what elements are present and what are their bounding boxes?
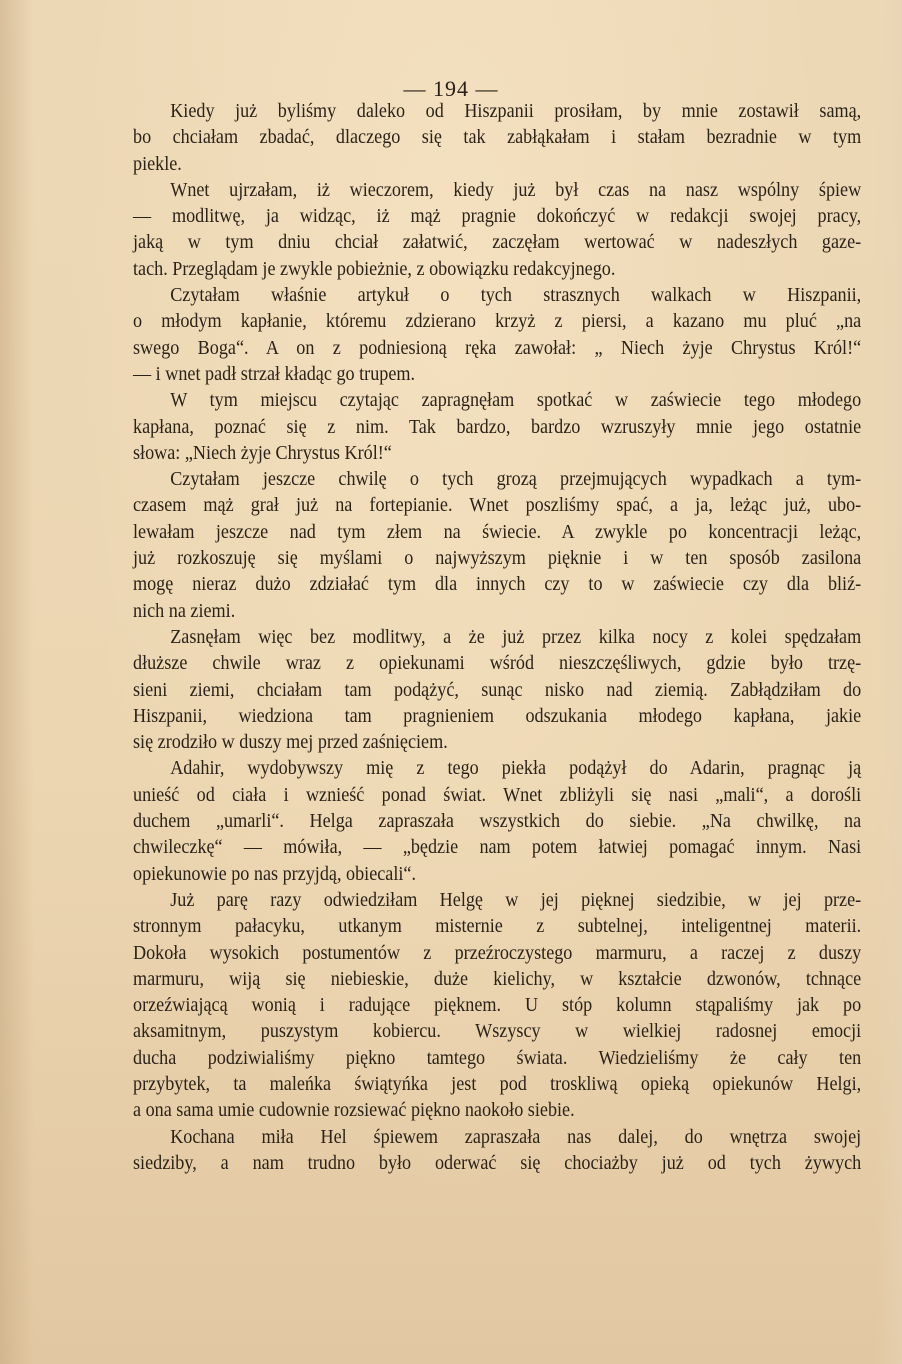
paragraph: Czytałam właśnie artykuł o tych straszny… xyxy=(133,283,861,388)
paragraph: Kiedy już byliśmy daleko od Hiszpanii pr… xyxy=(133,99,861,178)
text-line: piekle. xyxy=(133,152,861,178)
text-line: — i wnet padł strzał kładąc go trupem. xyxy=(133,362,861,388)
text-line: Dokoła wysokich postumentów z przeźroczy… xyxy=(133,941,861,967)
text-line: W tym miejscu czytając zapragnęłam spotk… xyxy=(133,388,861,414)
paragraph-list: Kiedy już byliśmy daleko od Hiszpanii pr… xyxy=(133,99,861,1177)
text-line: już rozkoszuję się myślami o najwyższym … xyxy=(133,546,861,572)
text-line: słowa: „Niech żyje Chrystus Król!“ xyxy=(133,441,861,467)
text-line: o młodym kapłanie, któremu zdzierano krz… xyxy=(133,309,861,335)
text-line: orzeźwiającą wonią i radujące pięknem. U… xyxy=(133,993,861,1019)
text-line: Adahir, wydobywszy mię z tego piekła pod… xyxy=(133,756,861,782)
text-line: Już parę razy odwiedziłam Helgę w jej pi… xyxy=(133,888,861,914)
paragraph: Wnet ujrzałam, iż wieczorem, kiedy już b… xyxy=(133,178,861,283)
text-line: unieść od ciała i wznieść ponad świat. W… xyxy=(133,783,861,809)
text-line: mogę nieraz dużo zdziałać tym dla innych… xyxy=(133,572,861,598)
text-line: jaką w tym dniu chciał załatwić, zaczęła… xyxy=(133,230,861,256)
text-line: swego Boga“. A on z podniesioną ręka zaw… xyxy=(133,336,861,362)
text-line: opiekunowie po nas przyjdą, obiecali“. xyxy=(133,862,861,888)
text-line: czasem mąż grał już na fortepianie. Wnet… xyxy=(133,493,861,519)
paragraph: Już parę razy odwiedziłam Helgę w jej pi… xyxy=(133,888,861,1125)
text-line: chwileczkę“ — mówiła, — „będzie nam pote… xyxy=(133,835,861,861)
text-line: Wnet ujrzałam, iż wieczorem, kiedy już b… xyxy=(133,178,861,204)
text-line: sieni ziemi, chciałam tam podążyć, sunąc… xyxy=(133,678,861,704)
body-text: Kiedy już byliśmy daleko od Hiszpanii pr… xyxy=(133,99,861,1177)
text-line: marmuru, wiją się niebieskie, duże kieli… xyxy=(133,967,861,993)
text-line: a ona sama umie cudownie rozsiewać piękn… xyxy=(133,1098,861,1124)
paragraph: W tym miejscu czytając zapragnęłam spotk… xyxy=(133,388,861,467)
text-line: lewałam jeszcze nad tym złem na świecie.… xyxy=(133,520,861,546)
book-page: — 194 — Kiedy już byliśmy daleko od Hisz… xyxy=(0,0,902,1364)
text-line: stronnym pałacyku, utkanym misternie z s… xyxy=(133,914,861,940)
text-line: kapłana, poznać się z nim. Tak bardzo, b… xyxy=(133,415,861,441)
paragraph: Adahir, wydobywszy mię z tego piekła pod… xyxy=(133,756,861,887)
text-line: Zasnęłam więc bez modlitwy, a że już prz… xyxy=(133,625,861,651)
paragraph: Zasnęłam więc bez modlitwy, a że już prz… xyxy=(133,625,861,756)
text-line: dłuższe chwile wraz z opiekunami wśród n… xyxy=(133,651,861,677)
text-line: aksamitnym, puszystym kobiercu. Wszyscy … xyxy=(133,1019,861,1045)
text-line: bo chciałam zbadać, dlaczego się tak zab… xyxy=(133,125,861,151)
paragraph: Kochana miła Hel śpiewem zapraszała nas … xyxy=(133,1125,861,1178)
paragraph: Czytałam jeszcze chwilę o tych grozą prz… xyxy=(133,467,861,625)
text-line: nich na ziemi. xyxy=(133,599,861,625)
text-line: Hiszpanii, wiedziona tam pragnieniem ods… xyxy=(133,704,861,730)
text-line: ducha podziwialiśmy piękno tamtego świat… xyxy=(133,1046,861,1072)
text-line: Kochana miła Hel śpiewem zapraszała nas … xyxy=(133,1125,861,1151)
text-line: duchem „umarli“. Helga zapraszała wszyst… xyxy=(133,809,861,835)
text-line: Kiedy już byliśmy daleko od Hiszpanii pr… xyxy=(133,99,861,125)
text-line: — modlitwę, ja widząc, iż mąż pragnie do… xyxy=(133,204,861,230)
text-line: Czytałam jeszcze chwilę o tych grozą prz… xyxy=(133,467,861,493)
text-line: Czytałam właśnie artykuł o tych straszny… xyxy=(133,283,861,309)
text-line: siedziby, a nam trudno było oderwać się … xyxy=(133,1151,861,1177)
text-line: przybytek, ta maleńka świątyńka jest pod… xyxy=(133,1072,861,1098)
text-line: tach. Przeglądam je zwykle pobieżnie, z … xyxy=(133,257,861,283)
text-line: się zrodziło w duszy mej przed zaśnięcie… xyxy=(133,730,861,756)
